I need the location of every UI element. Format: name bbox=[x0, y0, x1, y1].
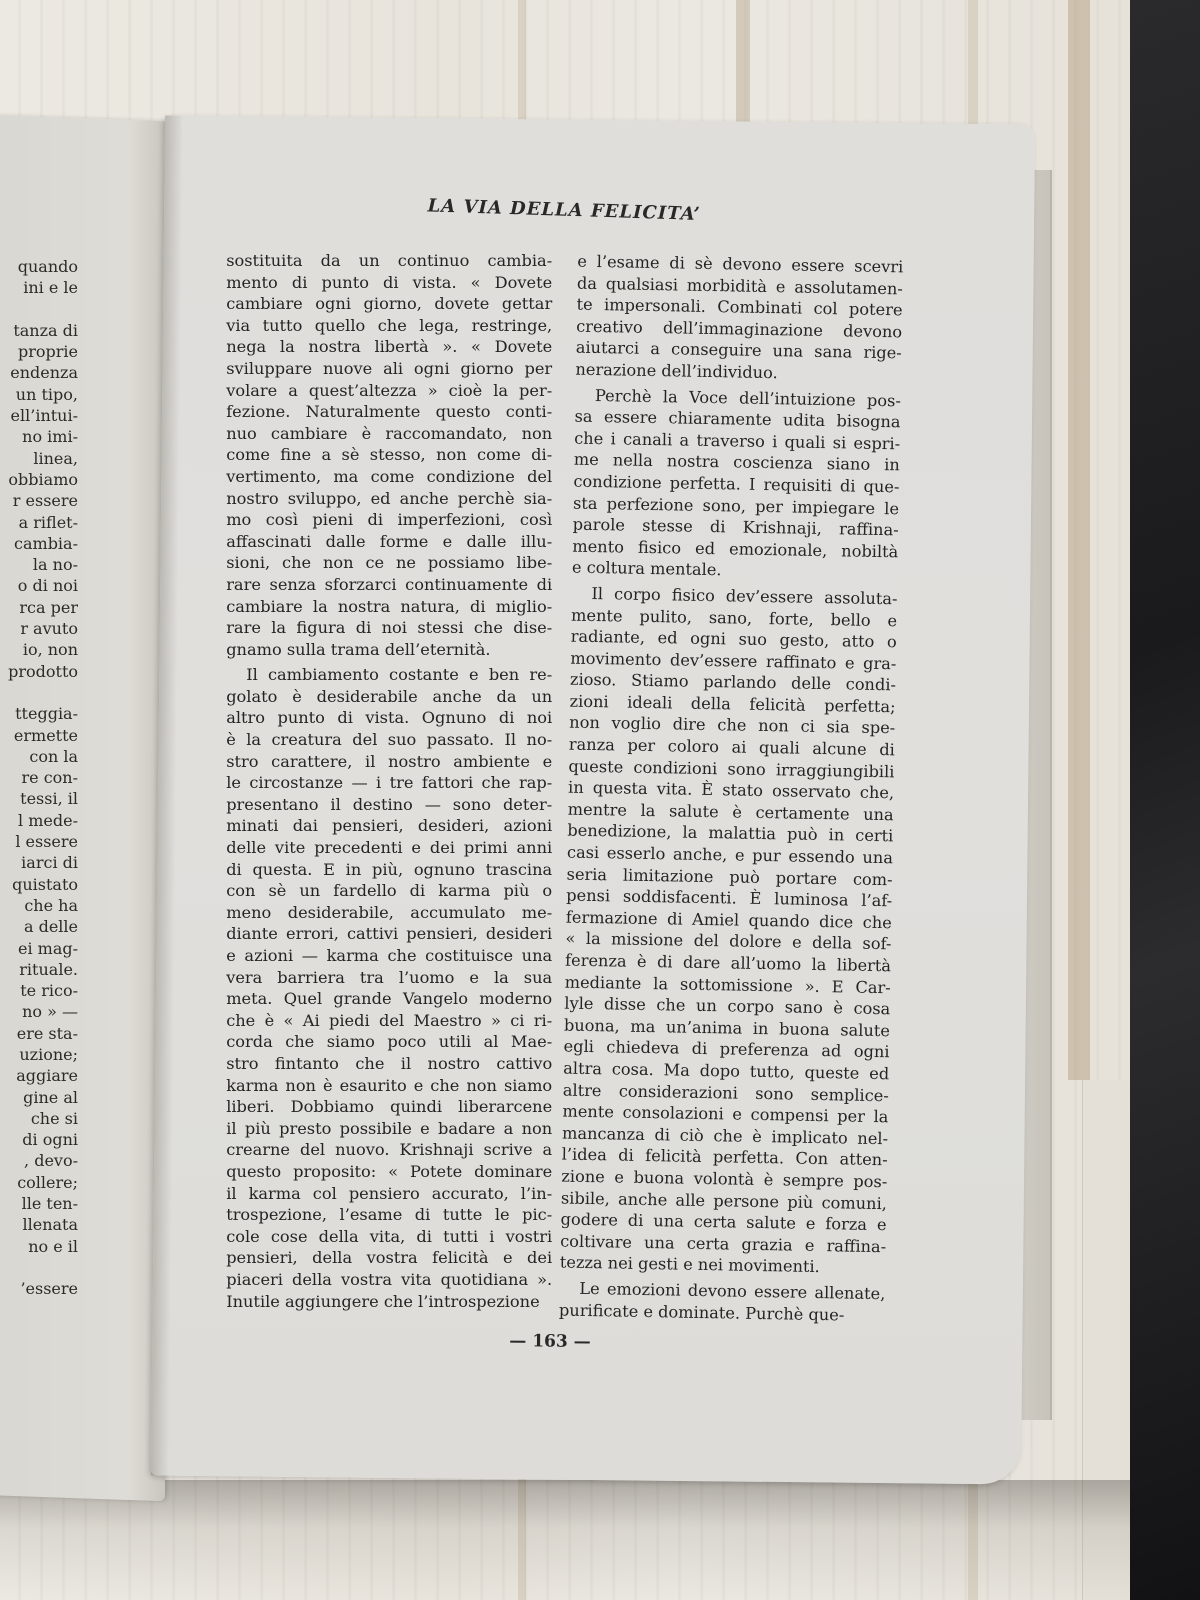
text-line: stro fintanto che il nostro cattivo bbox=[226, 1053, 552, 1075]
text-fragment: a riflet- bbox=[0, 512, 78, 533]
wood-grain bbox=[736, 0, 750, 140]
text-line: rare senza sforzarci continuamente di bbox=[226, 574, 552, 596]
text-fragment: ell’intui- bbox=[0, 405, 78, 426]
text-line: via tutto quello che lega, restringe, bbox=[226, 315, 552, 337]
text-line: fezione. Naturalmente questo conti- bbox=[226, 401, 552, 423]
paragraph-gap bbox=[0, 682, 78, 703]
text-line: di questa. E in più, ognuno trascina bbox=[226, 858, 552, 880]
text-line: cole cose della vita, di tutti i vostri bbox=[226, 1226, 552, 1248]
text-line: mo così pieni di imperfezioni, così bbox=[226, 509, 552, 531]
text-line: piaceri della vostra vita quotidiana ». bbox=[226, 1269, 552, 1291]
text-line: sioni, che non ce ne possiamo libe- bbox=[226, 552, 552, 574]
text-fragment: la no- bbox=[0, 554, 78, 575]
text-line: affascinati dalle forme e dalle illu- bbox=[226, 531, 552, 553]
text-fragment: , devo- bbox=[0, 1150, 78, 1171]
text-column-left: sostituita da un continuo cambia-mento d… bbox=[226, 250, 552, 1312]
book-page: LA VIA DELLA FELICITA’ sostituita da un … bbox=[151, 115, 1035, 1484]
text-fragment: no » — bbox=[0, 1001, 78, 1022]
text-line: nuo cambiare è raccomandato, non bbox=[226, 423, 552, 445]
text-fragment: ei mag- bbox=[0, 938, 78, 959]
text-line: stro carattere, il nostro ambiente e bbox=[226, 751, 552, 773]
text-fragment: proprie bbox=[0, 341, 78, 362]
page-number: — 163 — bbox=[509, 1331, 591, 1352]
text-line: altro punto di vista. Ognuno di noi bbox=[226, 707, 552, 729]
text-line: volare a quest’altezza » cioè la per- bbox=[226, 379, 552, 401]
text-fragment: io, non bbox=[0, 639, 78, 660]
text-fragment: te rico- bbox=[0, 980, 78, 1001]
text-fragment: a delle bbox=[0, 916, 78, 937]
text-fragment: rituale. bbox=[0, 959, 78, 980]
text-fragment: no e il bbox=[0, 1236, 78, 1257]
text-line: vertimento, ma come condizione del bbox=[226, 466, 552, 488]
text-fragment: r essere bbox=[0, 490, 78, 511]
text-fragment: l essere bbox=[0, 831, 78, 852]
paragraph-gap bbox=[0, 1257, 78, 1278]
text-line: nostro sviluppo, ed anche perchè sia- bbox=[226, 487, 552, 509]
text-fragment: collere; bbox=[0, 1172, 78, 1193]
text-fragment: iarci di bbox=[0, 852, 78, 873]
text-fragment: uzione; bbox=[0, 1044, 78, 1065]
text-line: sostituita da un continuo cambia- bbox=[226, 250, 552, 272]
text-line: meta. Quel grande Vangelo moderno bbox=[226, 988, 552, 1010]
text-line: mento di punto di vista. « Dovete bbox=[226, 271, 552, 293]
text-line: gnamo sulla trama dell’eternità. bbox=[226, 639, 552, 661]
text-line: è la creatura del suo passato. Il no- bbox=[226, 729, 552, 751]
text-fragment: re con- bbox=[0, 767, 78, 788]
text-line: diante errori, cattivi pensieri, desider… bbox=[226, 923, 552, 945]
paragraph-gap bbox=[0, 299, 78, 320]
text-fragment: rca per bbox=[0, 597, 78, 618]
text-line: golato è desiderabile anche da un bbox=[226, 686, 552, 708]
text-line: karma non è esaurito e che non siamo bbox=[226, 1074, 552, 1096]
text-fragment: tteggia- bbox=[0, 703, 78, 724]
text-fragment: tanza di bbox=[0, 320, 78, 341]
text-fragment: no imi- bbox=[0, 426, 78, 447]
text-fragment: cambia- bbox=[0, 533, 78, 554]
text-line: liberi. Dobbiamo quindi liberarcene bbox=[226, 1096, 552, 1118]
text-fragment: di ogni bbox=[0, 1129, 78, 1150]
text-line: corda che siamo poco utili al Mae- bbox=[226, 1031, 552, 1053]
text-line: trospezione, l’esame di tutte le pic- bbox=[226, 1204, 552, 1226]
text-fragment: tessi, il bbox=[0, 788, 78, 809]
book-shadow bbox=[0, 1480, 1130, 1600]
running-head: LA VIA DELLA FELICITA’ bbox=[414, 195, 715, 225]
text-fragment: l mede- bbox=[0, 810, 78, 831]
text-fragment: che si bbox=[0, 1108, 78, 1129]
text-line: nega la nostra libertà ». « Dovete bbox=[226, 336, 552, 358]
text-line: che è « Ai piedi del Maestro » ci ri- bbox=[226, 1010, 552, 1032]
text-fragment: che ha bbox=[0, 895, 78, 916]
dark-background bbox=[1130, 0, 1200, 1600]
text-fragment: quando bbox=[0, 256, 78, 277]
text-fragment: r avuto bbox=[0, 618, 78, 639]
text-line: il più presto possibile e badare a non bbox=[226, 1118, 552, 1140]
text-line: Il cambiamento costante e ben re- bbox=[226, 664, 552, 686]
text-fragment: un tipo, bbox=[0, 384, 78, 405]
text-fragment: quistato bbox=[0, 874, 78, 895]
text-fragment: aggiare bbox=[0, 1065, 78, 1086]
text-fragment: ini e le bbox=[0, 277, 78, 298]
text-fragment: linea, bbox=[0, 448, 78, 469]
text-line: questo proposito: « Potete dominare bbox=[226, 1161, 552, 1183]
text-line: meno desiderabile, accumulato me- bbox=[226, 902, 552, 924]
text-fragment: ere sta- bbox=[0, 1023, 78, 1044]
text-fragment: ’essere bbox=[0, 1278, 78, 1299]
text-fragment: llenata bbox=[0, 1214, 78, 1235]
text-line: delle vite precedenti e dei primi anni bbox=[226, 837, 552, 859]
text-line: pensieri, della vostra felicità e dei bbox=[226, 1247, 552, 1269]
text-fragment: o di noi bbox=[0, 575, 78, 596]
text-line: Inutile aggiungere che l’introspezione bbox=[226, 1290, 552, 1312]
text-fragment: endenza bbox=[0, 362, 78, 383]
text-fragment: obbiamo bbox=[0, 469, 78, 490]
text-line: come fine a sè stesso, non come di- bbox=[226, 444, 552, 466]
text-line: crearne del nuovo. Krishnaji scrive a bbox=[226, 1139, 552, 1161]
text-line: cambiare ogni giorno, dovete gettar bbox=[226, 293, 552, 315]
text-fragment: con la bbox=[0, 746, 78, 767]
previous-page-text-fragments: quandoini e letanza diproprieendenzaun t… bbox=[0, 256, 78, 1300]
text-line: vera barriera tra l’uomo e la sua bbox=[226, 966, 552, 988]
text-fragment: ermette bbox=[0, 725, 78, 746]
text-fragment: prodotto bbox=[0, 661, 78, 682]
text-line: minati dai pensieri, desideri, azioni bbox=[226, 815, 552, 837]
text-line: le circostanze — i tre fattori che rap- bbox=[226, 772, 552, 794]
text-line: rare la figura di noi stessi che dise- bbox=[226, 617, 552, 639]
text-line: sviluppare nuove ali ogni giorno per bbox=[226, 358, 552, 380]
text-fragment: gine al bbox=[0, 1087, 78, 1108]
text-column-right: e l’esame di sè devono essere scevrida q… bbox=[559, 251, 904, 1327]
text-line: cambiare la nostra natura, di miglio- bbox=[226, 595, 552, 617]
text-line: con sè un fardello di karma più o bbox=[226, 880, 552, 902]
wood-grain bbox=[1068, 0, 1090, 1080]
text-line: e azioni — karma che costituisce una bbox=[226, 945, 552, 967]
text-fragment: lle ten- bbox=[0, 1193, 78, 1214]
text-line: il karma col pensiero accurato, l’in- bbox=[226, 1182, 552, 1204]
text-line: presentano il destino — sono deter- bbox=[226, 794, 552, 816]
